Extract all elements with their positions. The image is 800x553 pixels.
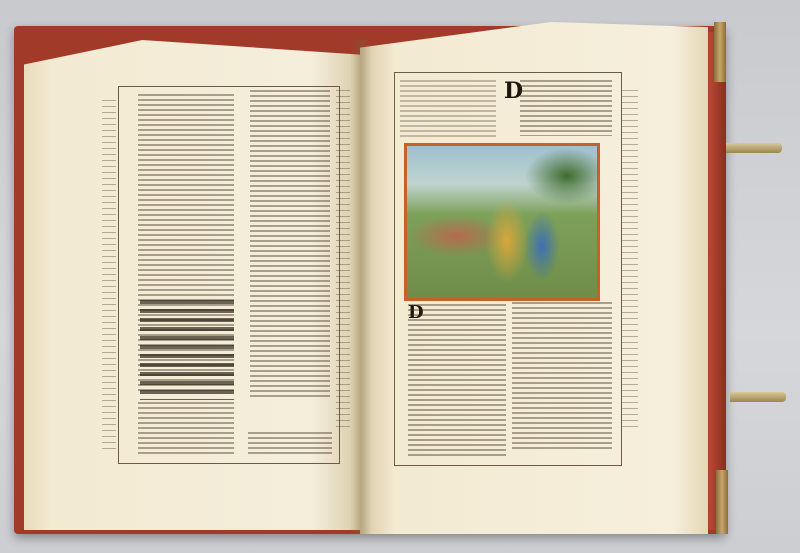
right-column-2: [512, 302, 612, 452]
left-margin-notes: [102, 100, 116, 450]
inner-margin-notes: [336, 90, 350, 430]
bold-passage: [140, 300, 234, 400]
brass-clasp-top: [726, 143, 782, 153]
right-margin-notes: [622, 90, 638, 430]
right-top-notes: [400, 80, 496, 138]
right-opening-text: [520, 80, 612, 136]
illustration-feeding-of-five-thousand: [404, 143, 600, 301]
chapter-summary: [248, 432, 332, 456]
left-column-1-end: [138, 402, 234, 456]
left-column-2: [250, 90, 330, 400]
book-gutter: [350, 40, 372, 534]
brass-clasp-bottom: [730, 392, 786, 402]
brass-corner-bottom: [716, 470, 728, 534]
right-column-1: [408, 304, 506, 456]
brass-corner-top: [714, 22, 726, 82]
